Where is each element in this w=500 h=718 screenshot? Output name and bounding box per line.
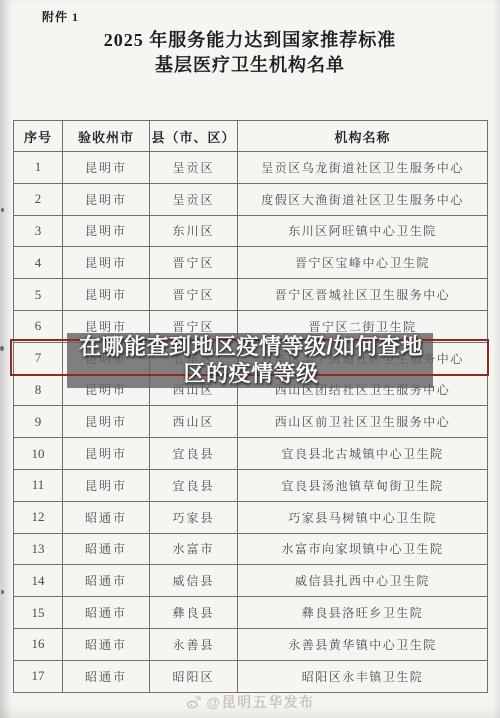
table-row: 4昆明市晋宁区晋宁区宝峰中心卫生院 <box>14 247 488 279</box>
institution-cell: 永善县黄华镇中心卫生院 <box>238 628 488 660</box>
table-row: 2昆明市呈贡区度假区大渔街道社区卫生服务中心 <box>14 183 488 215</box>
attachment-label: 附件 1 <box>42 8 79 25</box>
document-title: 2025 年服务能力达到国家推荐标准 基层医疗卫生机构名单 <box>0 28 500 78</box>
row-index-cell: 16 <box>14 628 63 660</box>
header-index: 序号 <box>14 121 63 152</box>
table-row: 5昆明市晋宁区晋宁区晋城社区卫生服务中心 <box>14 279 488 311</box>
institution-cell: 水富市向家坝镇中心卫生院 <box>238 533 488 565</box>
watermark-text: @昆明五华发布 <box>206 692 314 712</box>
county-cell: 晋宁区 <box>150 247 238 279</box>
city-cell: 昆明市 <box>63 279 150 311</box>
institution-cell: 呈贡区乌龙街道社区卫生服务中心 <box>238 152 488 184</box>
city-cell: 昆明市 <box>63 152 150 184</box>
table-row: 12昭通市巧家县巧家县马树镇中心卫生院 <box>14 501 488 533</box>
city-cell: 昭通市 <box>63 597 150 629</box>
county-cell: 巧家县 <box>150 501 238 533</box>
table-row: 15昭通市彝良县彝良县洛旺乡卫生院 <box>14 597 488 629</box>
table-row: 10昆明市宜良县宜良县北古城镇中心卫生院 <box>14 438 488 470</box>
row-index-cell: 17 <box>14 660 63 692</box>
county-cell: 水富市 <box>150 533 238 565</box>
county-cell: 彝良县 <box>150 597 238 629</box>
photo-speck <box>0 346 4 351</box>
table-row: 17昭通市昭阳区昭阳区永丰镇卫生院 <box>14 660 488 692</box>
row-index-cell: 1 <box>14 152 63 184</box>
header-city: 验收州市 <box>63 121 150 152</box>
table-header: 序号 验收州市 县（市、区） 机构名称 <box>14 121 488 152</box>
city-cell: 昭通市 <box>63 533 150 565</box>
table-row: 11昆明市宜良县宜良县汤池镇草甸街卫生院 <box>14 469 488 501</box>
city-cell: 昭通市 <box>63 628 150 660</box>
institutions-table: 序号 验收州市 县（市、区） 机构名称 1昆明市呈贡区呈贡区乌龙街道社区卫生服务… <box>13 120 488 693</box>
city-cell: 昆明市 <box>63 215 150 247</box>
institution-cell: 威信县扎西中心卫生院 <box>238 565 488 597</box>
header-county: 县（市、区） <box>150 121 238 152</box>
county-cell: 东川区 <box>150 215 238 247</box>
city-cell: 昆明市 <box>63 469 150 501</box>
institution-cell: 彝良县洛旺乡卫生院 <box>238 597 488 629</box>
caption-overlay-text: 在哪能查到地区疫情等级/如何查地 区的疫情等级 <box>55 332 447 388</box>
institution-cell: 西山区前卫社区卫生服务中心 <box>238 406 488 438</box>
table-row: 14昭通市威信县威信县扎西中心卫生院 <box>14 565 488 597</box>
county-cell: 永善县 <box>150 628 238 660</box>
city-cell: 昆明市 <box>63 183 150 215</box>
institution-cell: 晋宁区宝峰中心卫生院 <box>238 247 488 279</box>
row-index-cell: 12 <box>14 501 63 533</box>
county-cell: 宜良县 <box>150 438 238 470</box>
city-cell: 昭通市 <box>63 565 150 597</box>
row-index-cell: 5 <box>14 279 63 311</box>
county-cell: 呈贡区 <box>150 152 238 184</box>
watermark: @昆明五华发布 <box>0 692 500 712</box>
caption-line1: 在哪能查到地区疫情等级/如何查地 <box>79 333 423 360</box>
row-index-cell: 14 <box>14 565 63 597</box>
table-row: 13昭通市水富市水富市向家坝镇中心卫生院 <box>14 533 488 565</box>
document-title-line2: 基层医疗卫生机构名单 <box>0 53 500 78</box>
caption-line2: 区的疫情等级 <box>183 360 318 387</box>
photo-speck <box>1 208 4 212</box>
institution-cell: 东川区阿旺镇中心卫生院 <box>238 215 488 247</box>
county-cell: 西山区 <box>150 406 238 438</box>
row-index-cell: 2 <box>14 183 63 215</box>
table-row: 3昆明市东川区东川区阿旺镇中心卫生院 <box>14 215 488 247</box>
photo-speck <box>1 590 4 594</box>
institution-cell: 晋宁区晋城社区卫生服务中心 <box>238 279 488 311</box>
document-title-line1: 2025 年服务能力达到国家推荐标准 <box>0 28 500 53</box>
row-index-cell: 4 <box>14 247 63 279</box>
row-index-cell: 10 <box>14 438 63 470</box>
row-index-cell: 3 <box>14 215 63 247</box>
institution-cell: 宜良县汤池镇草甸街卫生院 <box>238 469 488 501</box>
city-cell: 昭通市 <box>63 660 150 692</box>
row-index-cell: 13 <box>14 533 63 565</box>
city-cell: 昆明市 <box>63 406 150 438</box>
county-cell: 威信县 <box>150 565 238 597</box>
institution-cell: 度假区大渔街道社区卫生服务中心 <box>238 183 488 215</box>
table-row: 16昭通市永善县永善县黄华镇中心卫生院 <box>14 628 488 660</box>
institution-cell: 昭阳区永丰镇卫生院 <box>238 660 488 692</box>
table-row: 1昆明市呈贡区呈贡区乌龙街道社区卫生服务中心 <box>14 152 488 184</box>
row-index-cell: 9 <box>14 406 63 438</box>
header-institution: 机构名称 <box>238 121 488 152</box>
table-header-row: 序号 验收州市 县（市、区） 机构名称 <box>14 121 488 152</box>
table-body: 1昆明市呈贡区呈贡区乌龙街道社区卫生服务中心2昆明市呈贡区度假区大渔街道社区卫生… <box>14 152 488 693</box>
county-cell: 宜良县 <box>150 469 238 501</box>
row-index-cell: 15 <box>14 597 63 629</box>
city-cell: 昆明市 <box>63 438 150 470</box>
table-row: 9昆明市西山区西山区前卫社区卫生服务中心 <box>14 406 488 438</box>
county-cell: 晋宁区 <box>150 279 238 311</box>
row-index-cell: 11 <box>14 469 63 501</box>
city-cell: 昆明市 <box>63 247 150 279</box>
weibo-icon <box>185 695 201 709</box>
county-cell: 呈贡区 <box>150 183 238 215</box>
institution-cell: 巧家县马树镇中心卫生院 <box>238 501 488 533</box>
city-cell: 昭通市 <box>63 501 150 533</box>
institution-cell: 宜良县北古城镇中心卫生院 <box>238 438 488 470</box>
county-cell: 昭阳区 <box>150 660 238 692</box>
